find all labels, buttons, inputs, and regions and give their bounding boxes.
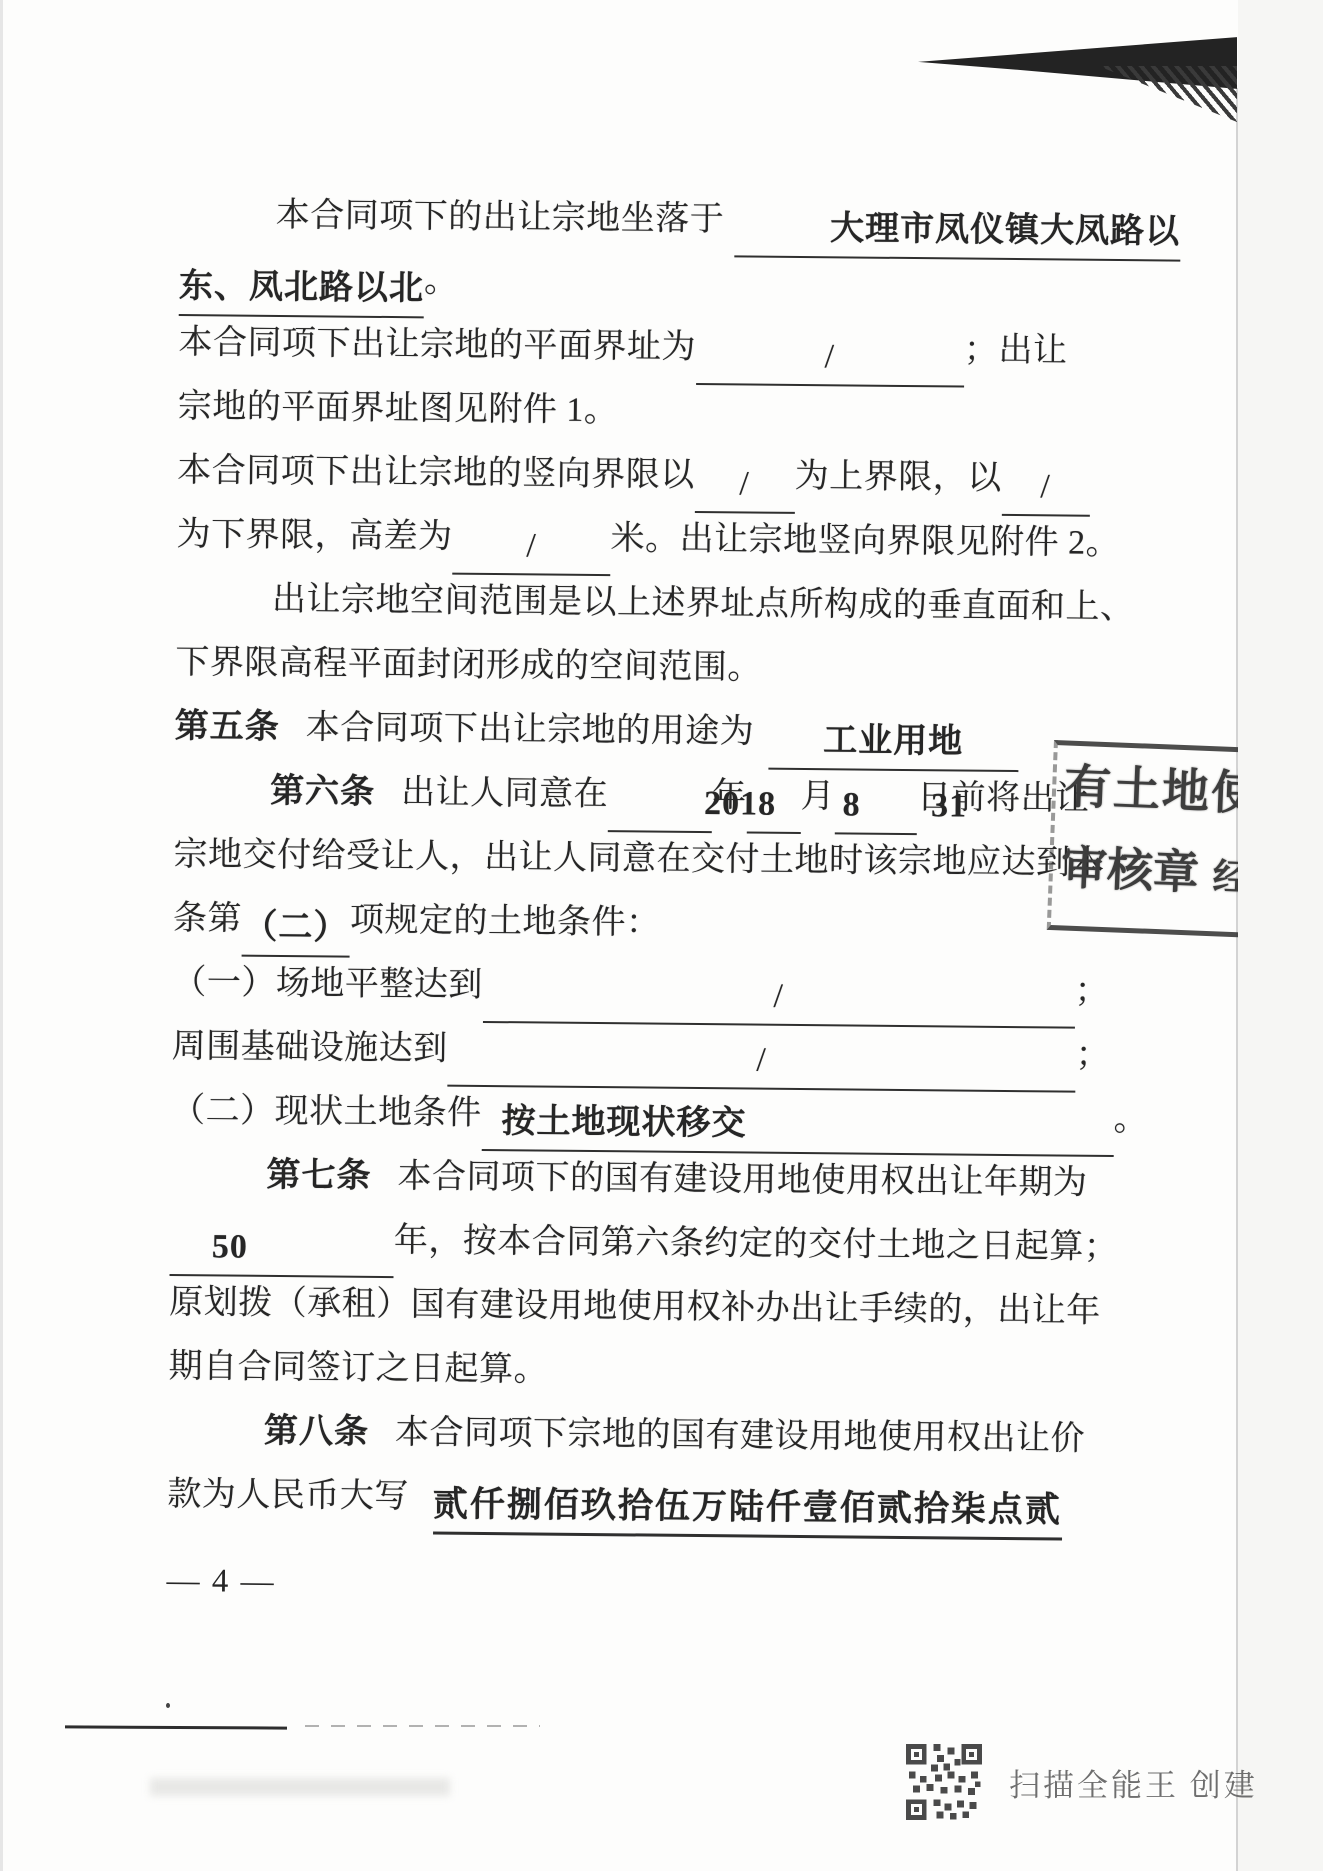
page-edge-line	[1236, 88, 1238, 1871]
filled-blank: 工业用地	[768, 718, 1018, 772]
scanner-caption: 扫描全能王 创建	[1009, 1760, 1258, 1805]
contract-line: 本合同项下的出让宗地坐落于大理市凤仪镇大凤路以	[179, 183, 1148, 256]
contract-text: ；	[1075, 1037, 1110, 1074]
contract-line: 原划拨（承租）国有建设用地使用权补办出让手续的，出让年	[169, 1271, 1138, 1344]
contract-text: 年，按本合同第六条约定的交付土地之日起算；	[394, 1222, 1119, 1266]
scan-artifact-line	[65, 1725, 287, 1729]
contract-line: 周围基础设施达到/；	[171, 1015, 1140, 1088]
clause-heading: 第六条	[270, 773, 375, 811]
contract-body: 本合同项下的出让宗地坐落于大理市凤仪镇大凤路以东、凤北路以北。本合同项下出让宗地…	[167, 183, 1148, 1536]
contract-text: 宗地交付给受让人，出让人同意在交付土地时该宗地应达到本	[173, 836, 1105, 882]
contract-line: 为下界限，高差为/米。出让宗地竖向界限见附件 2。	[176, 503, 1145, 576]
contract-line: 期自合同签订之日起算。	[168, 1335, 1137, 1408]
contract-text: 年	[712, 777, 747, 814]
filled-blank: /	[452, 523, 610, 577]
scanner-watermark: 扫描全能王 创建	[905, 1742, 1258, 1822]
contract-text: 本合同项下的国有建设用地使用权出让年期为	[397, 1158, 1087, 1202]
contract-line: 第八条本合同项下宗地的国有建设用地使用权出让价	[168, 1399, 1137, 1472]
contract-text: 为上界限，以	[795, 458, 1002, 497]
contract-text: （二）现状土地条件	[171, 1092, 482, 1132]
contract-text: 出让人同意在	[401, 774, 608, 813]
filled-blank: /	[696, 333, 964, 388]
clause-heading: 第八条	[264, 1413, 369, 1451]
contract-text: 条第	[173, 900, 242, 938]
contract-text: 。	[424, 262, 459, 299]
contract-text: 款为人民币大写	[167, 1476, 409, 1515]
contract-page: 本合同项下的出让宗地坐落于大理市凤仪镇大凤路以东、凤北路以北。本合同项下出让宗地…	[166, 183, 1148, 1622]
scan-background-strip	[1238, 0, 1323, 1871]
contract-text: 米。出让宗地竖向界限见附件 2。	[610, 520, 1120, 562]
contract-line: 第五条本合同项下出让宗地的用途为工业用地	[174, 695, 1143, 768]
filled-blank: 2018	[608, 780, 712, 833]
page-edge-left	[0, 0, 3, 1871]
contract-line: 下界限高程平面封闭形成的空间范围。	[175, 631, 1144, 704]
contract-text: 本合同项下的出让宗地坐落于	[276, 197, 725, 238]
filled-blank: 大理市凤仪镇大凤路以	[734, 205, 1180, 261]
contract-text: 项规定的土地条件：	[350, 902, 661, 942]
approval-stamp: 有土地使用权 审核章经办人	[1047, 740, 1238, 943]
contract-text: 月	[800, 778, 835, 815]
filled-blank: 31	[835, 782, 917, 835]
contract-text: ；	[1075, 973, 1110, 1010]
stamp-seal-label: 审核章	[1060, 842, 1200, 898]
contract-line: 50年，按本合同第六条约定的交付土地之日起算；	[170, 1207, 1139, 1280]
contract-text: 期自合同签订之日起算。	[168, 1348, 548, 1389]
stamp-operator-label: 经办人	[1212, 857, 1238, 902]
contract-text: 为下界限，高差为	[176, 516, 452, 556]
filled-blank: /	[1001, 464, 1089, 517]
scan-artifact-smudge	[150, 1778, 450, 1796]
contract-text: ；出让	[964, 332, 1068, 370]
contract-line: 宗地交付给受让人，出让人同意在交付土地时该宗地应达到本	[173, 823, 1142, 896]
scan-artifact-dot	[166, 1703, 170, 1708]
filled-blank: /	[694, 461, 794, 514]
contract-text: 本合同项下出让宗地的用途为	[306, 709, 755, 750]
contract-text: 下界限高程平面封闭形成的空间范围。	[175, 644, 762, 687]
page-number: — 4 —	[166, 1549, 1135, 1622]
filled-blank: 50	[170, 1224, 394, 1278]
contract-line: 本合同项下出让宗地的平面界址为/；出让	[178, 311, 1147, 384]
contract-line: 第六条出让人同意在2018年8月31日前将出让	[174, 759, 1143, 832]
contract-text: 周围基础设施达到	[172, 1028, 448, 1068]
contract-line: 宗地的平面界址图见附件 1。	[178, 375, 1147, 448]
contract-text: 。	[1113, 1101, 1148, 1138]
stamp-clip-region: 有土地使用权 审核章经办人	[1040, 698, 1238, 966]
contract-line: 出让宗地空间范围是以上述界址点所构成的垂直面和上、	[176, 567, 1145, 640]
contract-line: （二）现状土地条件按土地现状移交。	[171, 1079, 1140, 1152]
contract-line: 条第（二）项规定的土地条件：	[173, 887, 1142, 960]
clause-heading: 第七条	[266, 1157, 371, 1195]
qr-code-icon	[905, 1744, 983, 1820]
contract-line: 本合同项下出让宗地的竖向界限以/为上界限，以/	[177, 439, 1146, 512]
contract-text: （一）场地平整达到	[172, 964, 483, 1004]
filled-blank: 东、凤北路以北	[179, 264, 424, 318]
filled-blank: 8	[746, 781, 800, 834]
filled-blank: 贰仟捌佰玖拾伍万陆仟壹佰贰拾柒点贰	[433, 1481, 1062, 1540]
contract-line: 第七条本合同项下的国有建设用地使用权出让年期为	[170, 1143, 1139, 1216]
contract-text: 原划拨（承租）国有建设用地使用权补办出让手续的，出让年	[169, 1284, 1101, 1330]
contract-text: 出让宗地空间范围是以上述界址点所构成的垂直面和上、	[272, 581, 1135, 626]
contract-text: 宗地的平面界址图见附件 1。	[178, 388, 619, 429]
clause-heading: 第五条	[175, 708, 280, 746]
contract-text: 本合同项下出让宗地的平面界址为	[178, 324, 696, 366]
contract-line: （一）场地平整达到/；	[172, 951, 1141, 1024]
contract-text: 本合同项下宗地的国有建设用地使用权出让价	[395, 1414, 1085, 1458]
filled-blank: （二）	[242, 905, 350, 958]
contract-text: 本合同项下出让宗地的竖向界限以	[177, 452, 695, 494]
stamp-text-row2: 审核章经办人	[1060, 831, 1238, 907]
stamp-text-row1: 有土地使用权	[1063, 749, 1238, 827]
scan-artifact-line-faint	[305, 1725, 540, 1727]
contract-line: 款为人民币大写贰仟捌佰玖拾伍万陆仟壹佰贰拾柒点贰	[167, 1463, 1136, 1536]
